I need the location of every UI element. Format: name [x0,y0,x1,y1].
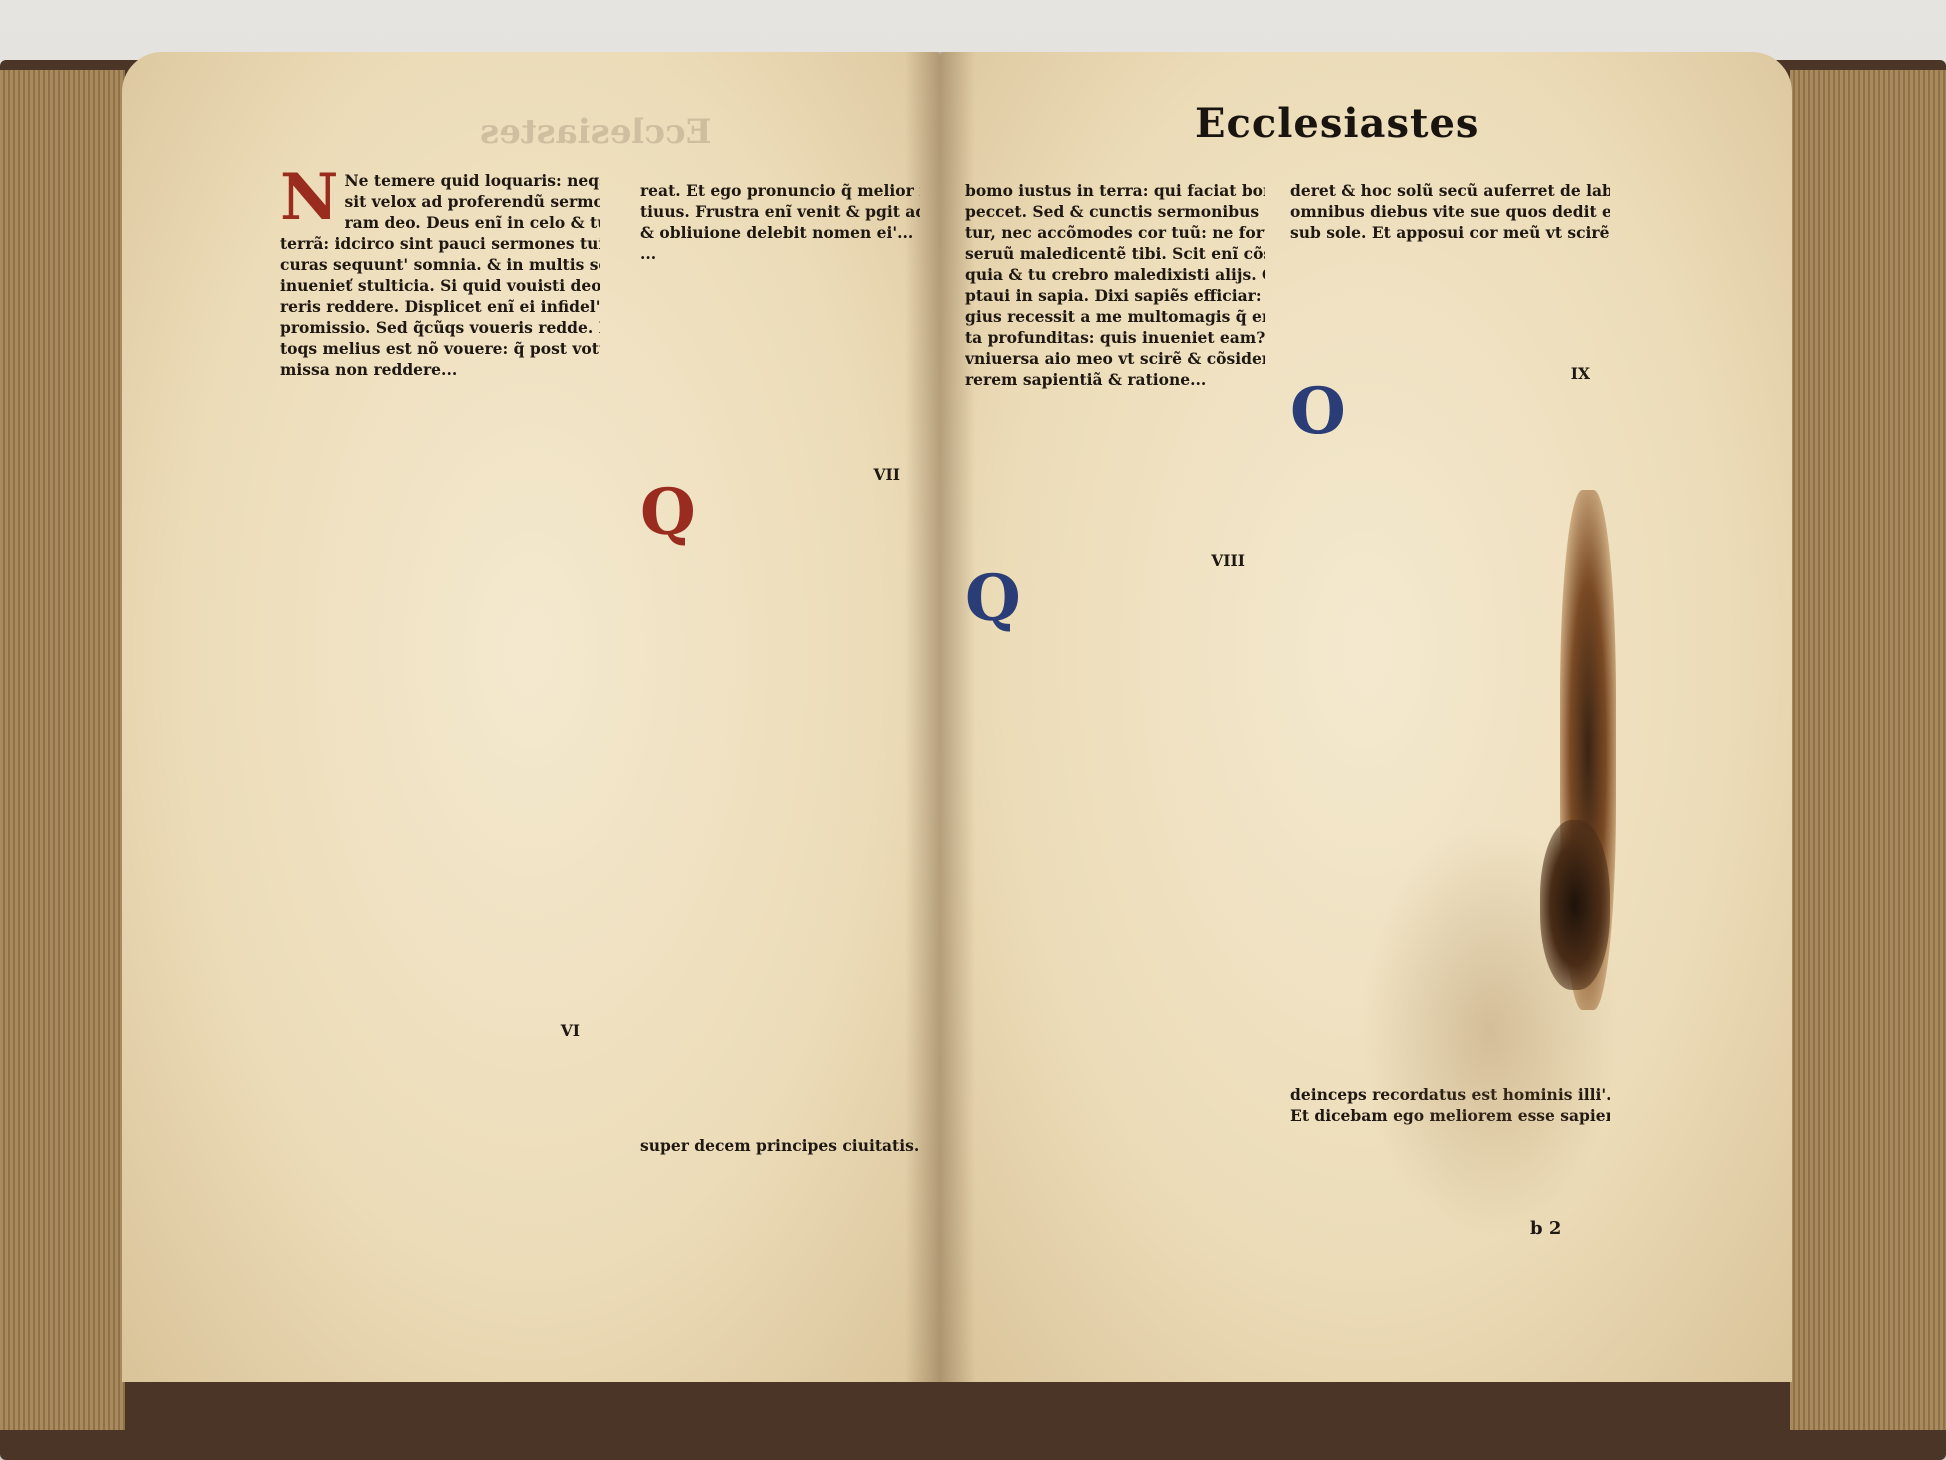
burn-hole [1540,820,1610,990]
chapter-number: VI [280,1020,600,1041]
left-column-2: reat. Et ego pronuncio q̃ melior illo si… [640,180,920,1220]
show-through-header: Ecclesiastes [480,112,712,152]
illuminated-initial: Q [965,571,1021,627]
illuminated-initial: N [280,170,339,226]
page-edges-left [0,70,125,1430]
illuminated-initial: Q [640,485,696,541]
signature-mark: b 2 [1530,1218,1561,1239]
illuminated-initial: O [1290,384,1346,440]
page-edges-right [1790,70,1946,1430]
left-column-1: N Ne temere quid loquaris: neqs cor tuũ … [280,170,600,1220]
running-header: Ecclesiastes [1195,100,1479,147]
right-column-1: bomo iustus in terra: qui faciat bonum &… [965,180,1265,1200]
